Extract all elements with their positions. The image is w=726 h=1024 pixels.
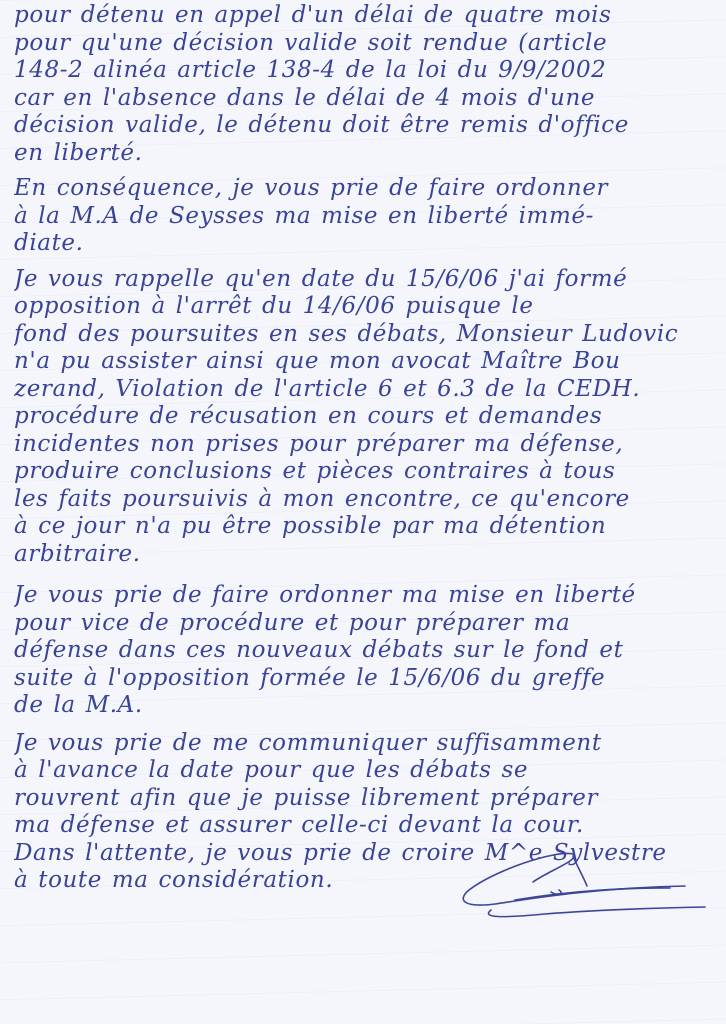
- text-line: Je vous rappelle qu'en date du 15/6/06 j…: [14, 266, 726, 294]
- paragraph-vice-of-procedure: Je vous prie de faire ordonner ma mise e…: [14, 582, 726, 720]
- text-line: décision valide, le détenu doit être rem…: [14, 112, 726, 140]
- text-line: n'a pu assister ainsi que mon avocat Maî…: [14, 348, 726, 376]
- text-line: à la M.A de Seysses ma mise en liberté i…: [14, 203, 726, 231]
- text-line: rouvrent afin que je puisse librement pr…: [14, 785, 726, 813]
- text-line: ma défense et assurer celle-ci devant la…: [14, 812, 726, 840]
- text-line: procédure de récusation en cours et dema…: [14, 403, 726, 431]
- text-line: pour vice de procédure et pour préparer …: [14, 610, 726, 638]
- text-line: Je vous prie de me communiquer suffisamm…: [14, 730, 726, 758]
- text-line: arbitraire.: [14, 541, 726, 569]
- paragraph-detention-delay: pour détenu en appel d'un délai de quatr…: [14, 0, 726, 167]
- text-line: zerand, Violation de l'article 6 et 6.3 …: [14, 376, 726, 404]
- text-line: incidentes non prises pour préparer ma d…: [14, 431, 726, 459]
- text-line: les faits poursuivis à mon encontre, ce …: [14, 486, 726, 514]
- text-line: En conséquence, je vous prie de faire or…: [14, 175, 726, 203]
- text-line: de la M.A.: [14, 692, 726, 720]
- text-line: suite à l'opposition formée le 15/6/06 d…: [14, 665, 726, 693]
- text-line: Je vous prie de faire ordonner ma mise e…: [14, 582, 726, 610]
- text-line: à ce jour n'a pu être possible par ma dé…: [14, 513, 726, 541]
- letter-body: pour détenu en appel d'un délai de quatr…: [14, 0, 726, 895]
- text-line: à l'avance la date pour que les débats s…: [14, 757, 726, 785]
- paragraph-request-release: En conséquence, je vous prie de faire or…: [14, 175, 726, 258]
- text-line: fond des poursuites en ses débats, Monsi…: [14, 321, 726, 349]
- text-line: 148-2 alinéa article 138-4 de la loi du …: [14, 57, 726, 85]
- paragraph-opposition: Je vous rappelle qu'en date du 15/6/06 j…: [14, 266, 726, 569]
- handwritten-signature-icon: [455, 852, 715, 922]
- text-line: pour qu'une décision valide soit rendue …: [14, 30, 726, 58]
- text-line: produire conclusions et pièces contraire…: [14, 458, 726, 486]
- text-line: car en l'absence dans le délai de 4 mois…: [14, 85, 726, 113]
- text-line: opposition à l'arrêt du 14/6/06 puisque …: [14, 293, 726, 321]
- text-line: en liberté.: [14, 140, 726, 168]
- text-line: diate.: [14, 230, 726, 258]
- text-line: pour détenu en appel d'un délai de quatr…: [14, 2, 726, 30]
- text-line: défense dans ces nouveaux débats sur le …: [14, 637, 726, 665]
